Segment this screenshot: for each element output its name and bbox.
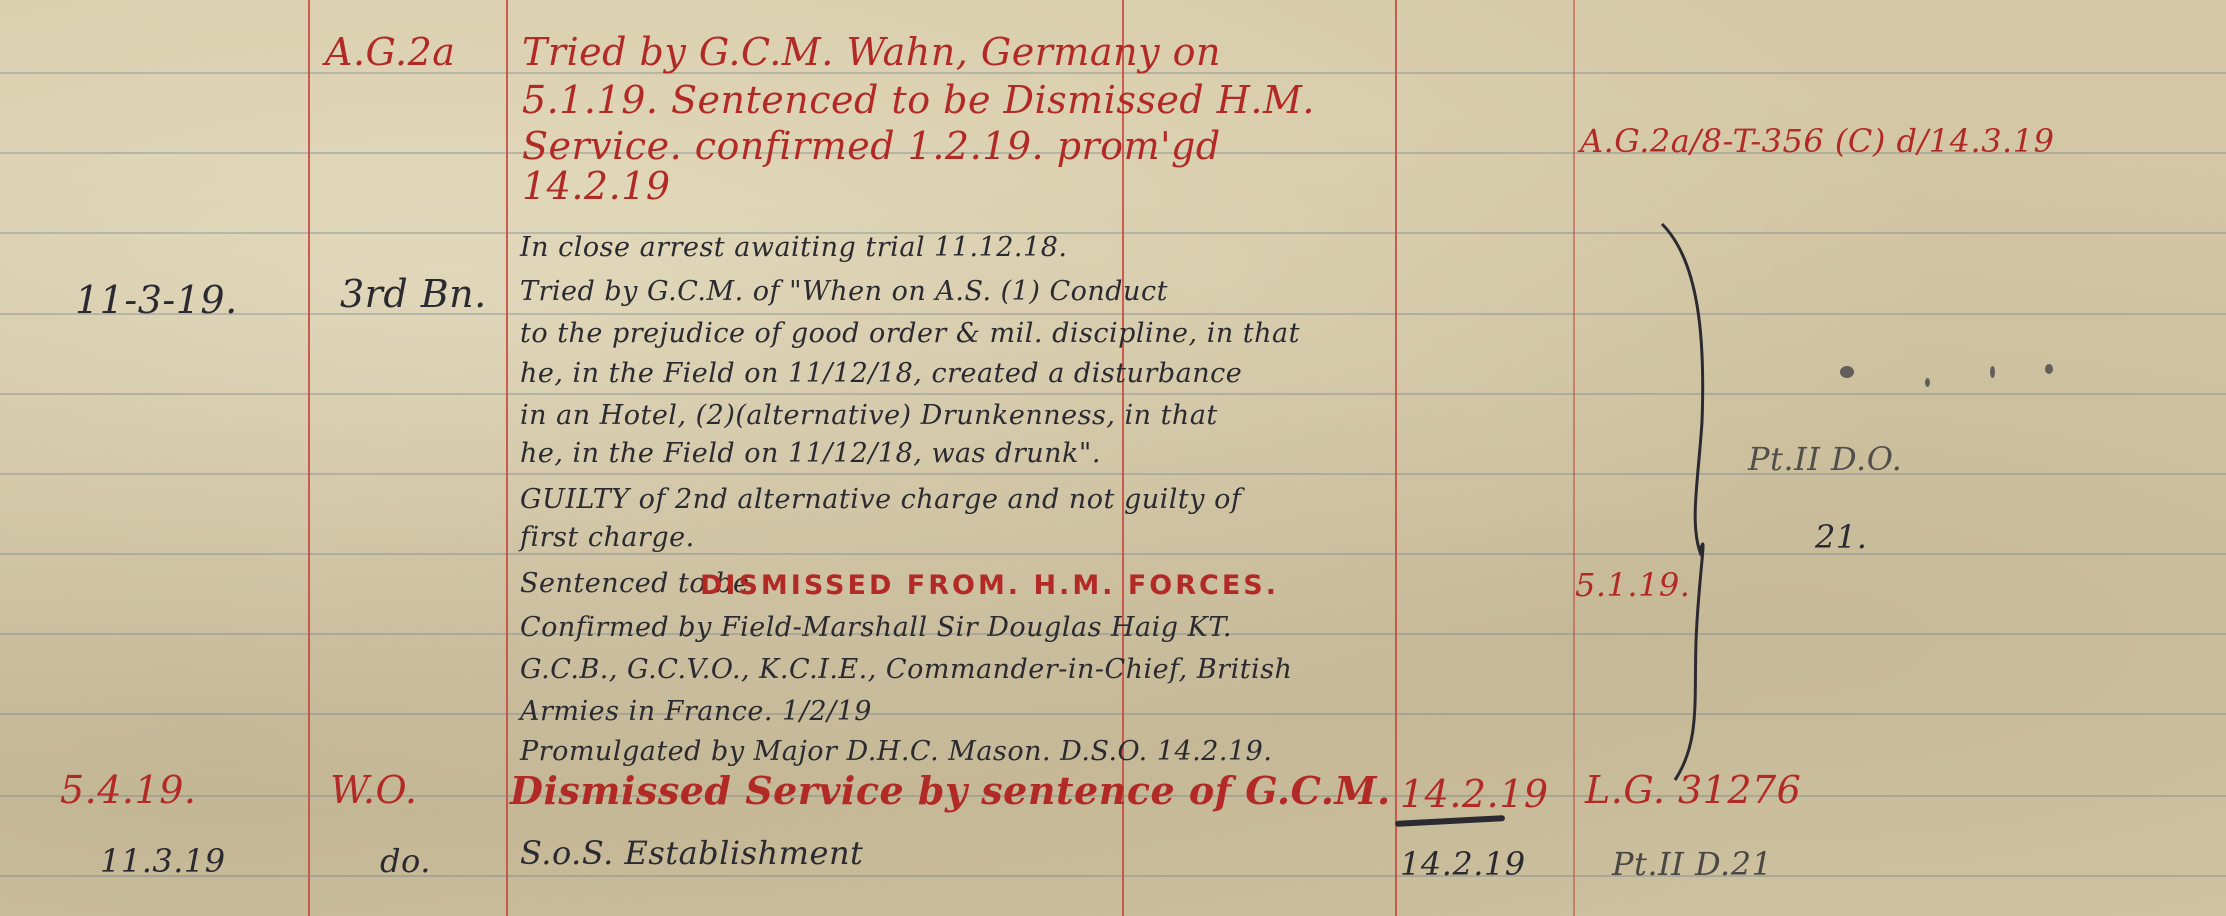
ink-blot	[2045, 364, 2053, 374]
sentence-highlight: DISMISSED FROM. H.M. FORCES.	[700, 570, 1279, 601]
entry-reference: Pt.II D.21	[1612, 845, 1772, 883]
ink-blot	[1840, 366, 1854, 378]
entry-line: GUILTY of 2nd alternative charge and not…	[520, 484, 1241, 515]
entry-line: Service. confirmed 1.2.19. prom'gd	[522, 124, 1221, 168]
entry-line: in an Hotel, (2)(alternative) Drunkennes…	[520, 400, 1218, 431]
entry-reference: L.G. 31276	[1585, 768, 1801, 812]
underline-mark	[1395, 815, 1505, 827]
ink-blot	[1925, 378, 1930, 387]
ruled-line	[0, 553, 2226, 555]
ruled-line	[0, 313, 2226, 315]
entry-source: do.	[380, 842, 431, 880]
entry-line: 14.2.19	[522, 164, 671, 208]
side-note: 21.	[1815, 518, 1867, 556]
ruled-line	[0, 393, 2226, 395]
side-note: Pt.II D.O.	[1748, 440, 1902, 478]
entry-line: first charge.	[520, 522, 695, 553]
ruled-line	[0, 232, 2226, 234]
entry-line: Tried by G.C.M. Wahn, Germany on	[522, 30, 1221, 74]
entry-line: Confirmed by Field-Marshall Sir Douglas …	[520, 612, 1232, 643]
entry-line: G.C.B., G.C.V.O., K.C.I.E., Commander-in…	[520, 654, 1292, 685]
ruled-line	[0, 875, 2226, 877]
entry-date: 11.3.19	[100, 842, 226, 880]
entry-text: Dismissed Service by sentence of G.C.M.	[510, 768, 1391, 813]
entry-line: Armies in France. 1/2/19	[520, 696, 872, 727]
entry-line: to the prejudice of good order & mil. di…	[520, 318, 1300, 349]
ruled-line	[0, 713, 2226, 715]
ledger-page: A.G.2a Tried by G.C.M. Wahn, Germany on …	[0, 0, 2226, 916]
entry-date: 11-3-19.	[75, 278, 238, 322]
ink-blot	[1990, 366, 1995, 378]
entry-line: Tried by G.C.M. of "When on A.S. (1) Con…	[520, 276, 1168, 307]
entry-date: 5.4.19.	[60, 768, 196, 812]
column-rule-date	[308, 0, 310, 916]
entry-effective-date: 14.2.19	[1400, 772, 1549, 816]
column-rule-reference	[1573, 0, 1575, 916]
entry-text: S.o.S. Establishment	[520, 834, 863, 872]
entry-reference: A.G.2a/8-T-356 (C) d/14.3.19	[1580, 122, 2054, 160]
column-rule-source	[506, 0, 508, 916]
entry-line: 5.1.19. Sentenced to be Dismissed H.M.	[522, 78, 1315, 122]
entry-line: he, in the Field on 11/12/18, created a …	[520, 358, 1242, 389]
entry-source: W.O.	[330, 768, 418, 812]
entry-line: Promulgated by Major D.H.C. Mason. D.S.O…	[520, 736, 1272, 767]
entry-source: A.G.2a	[325, 30, 455, 74]
entry-line: he, in the Field on 11/12/18, was drunk"…	[520, 438, 1101, 469]
entry-effective-date: 14.2.19	[1400, 845, 1526, 883]
entry-line: In close arrest awaiting trial 11.12.18.	[520, 232, 1067, 263]
curly-brace-icon	[1660, 222, 1730, 782]
entry-source: 3rd Bn.	[340, 272, 487, 316]
column-rule-effective	[1395, 0, 1397, 916]
